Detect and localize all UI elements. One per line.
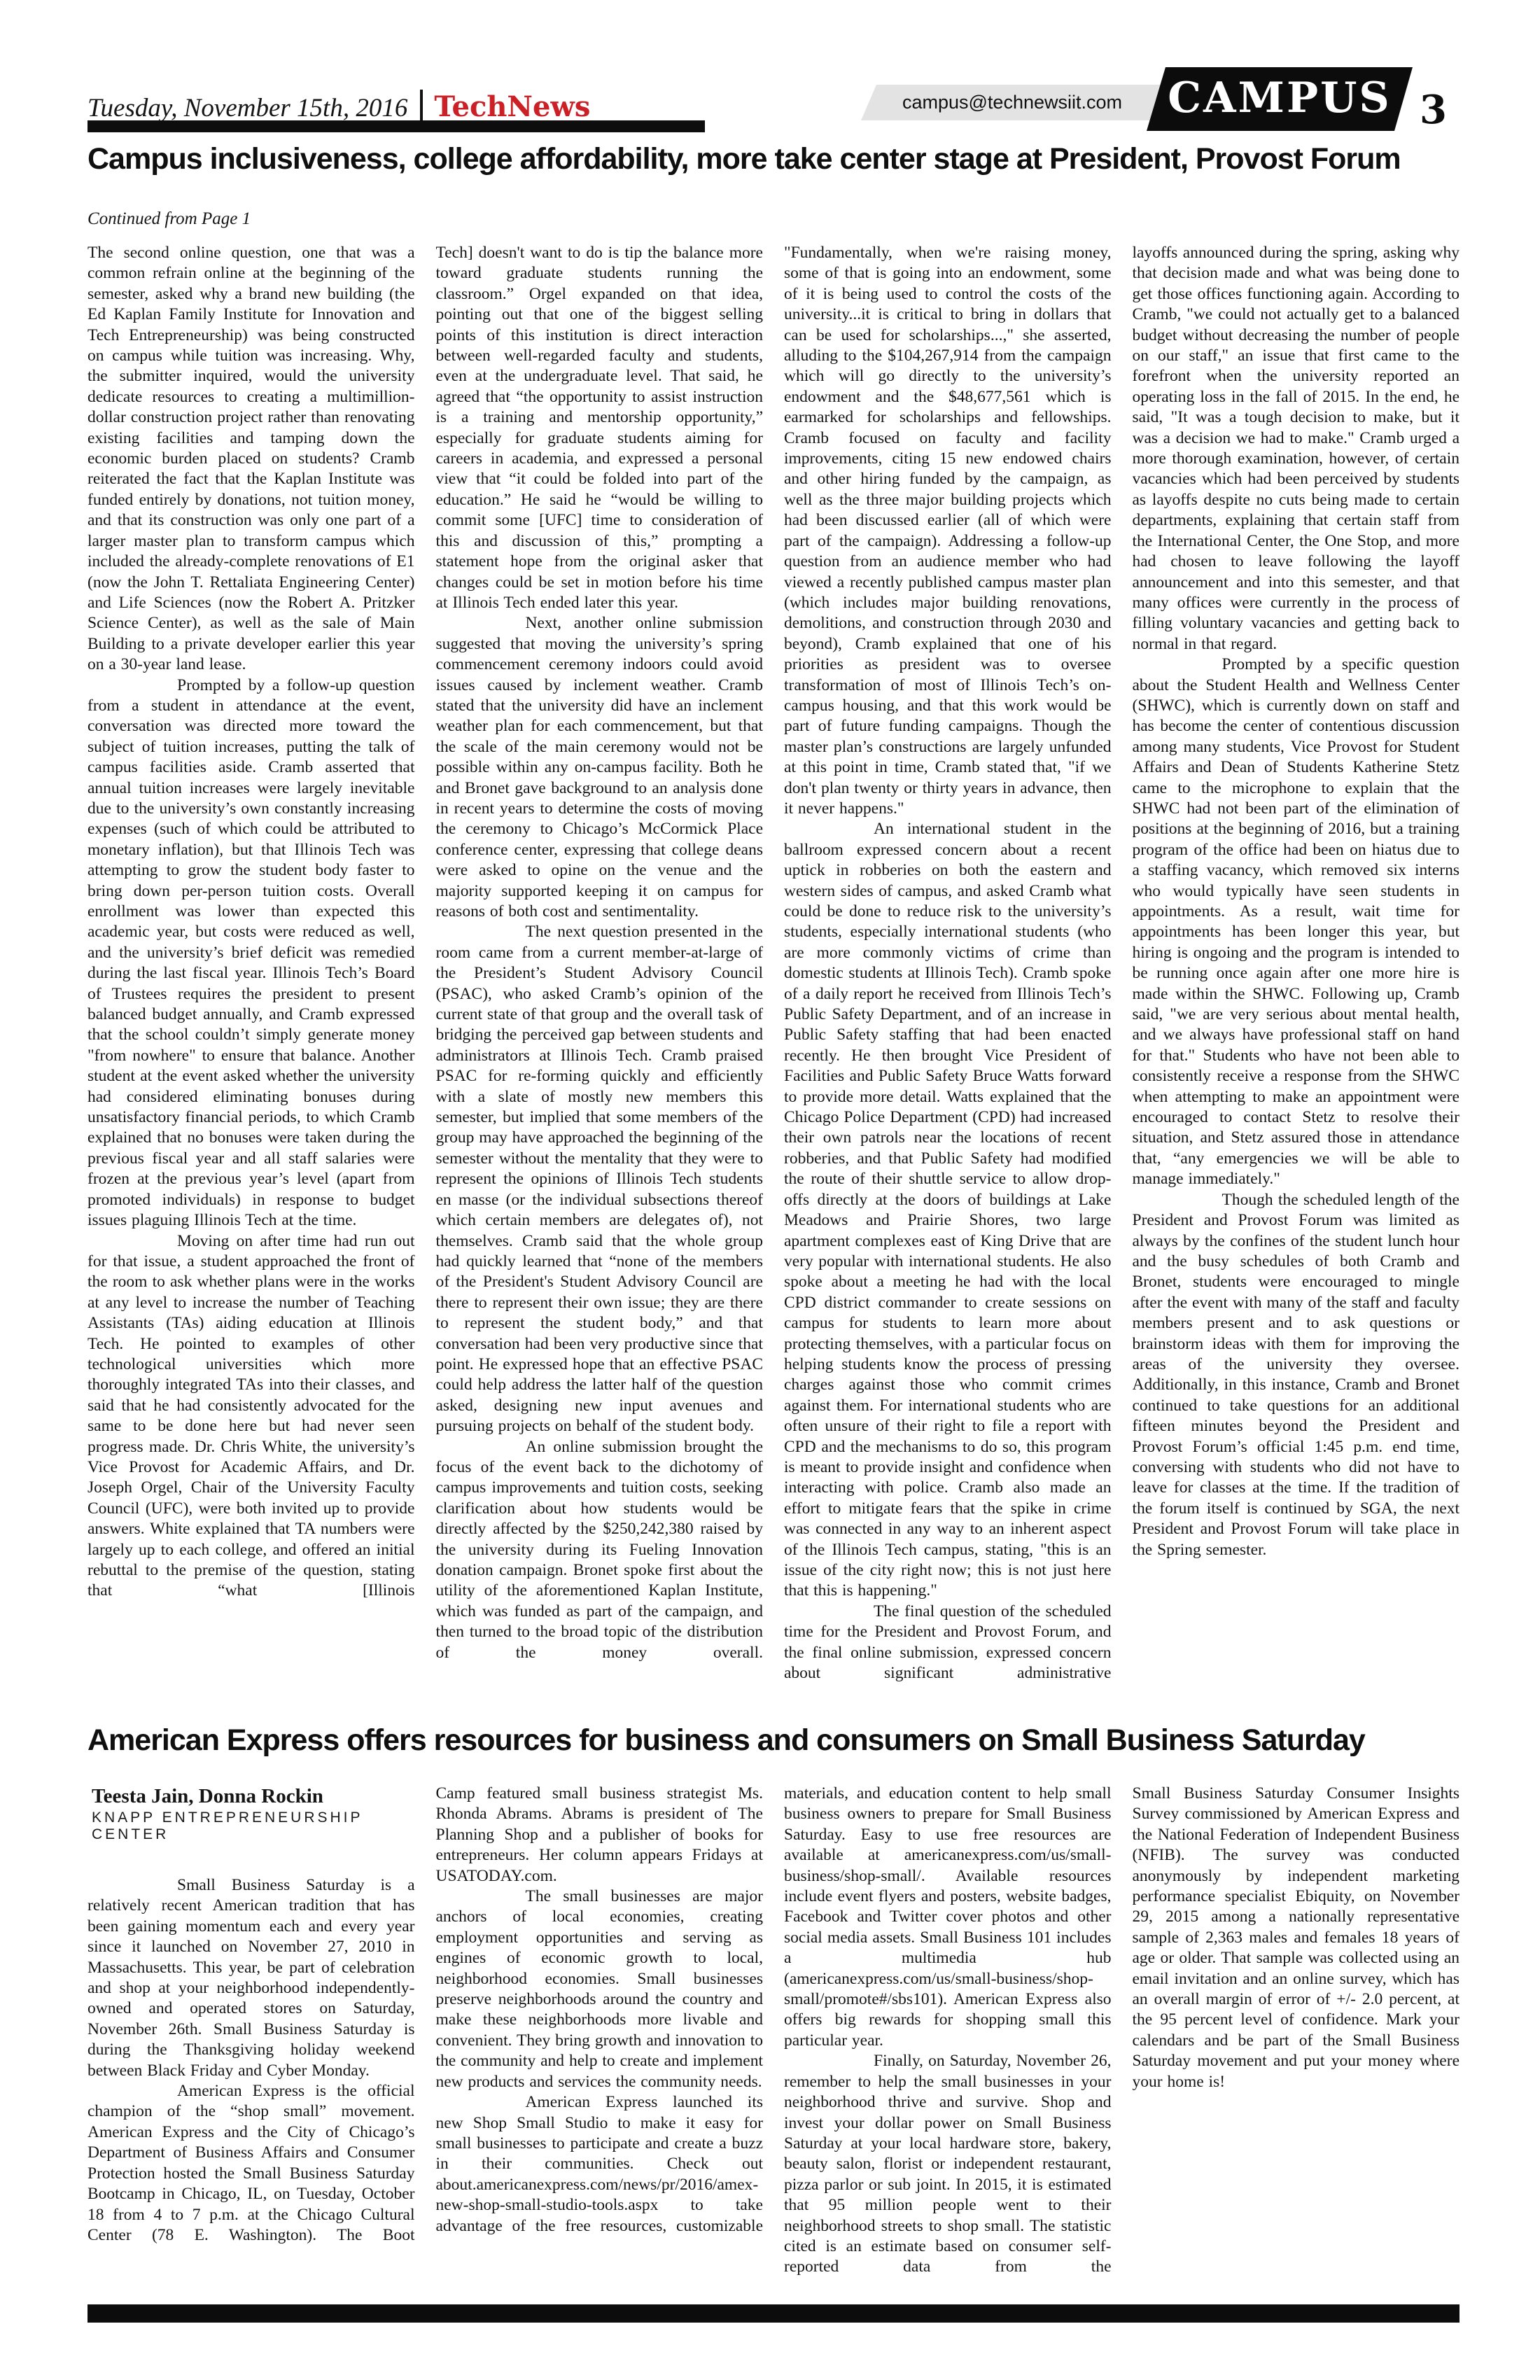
article1-column-2: Tech] doesn't want to do is tip the bala… bbox=[436, 243, 764, 1696]
article2-column-4: Small Business Saturday Consumer Insight… bbox=[1133, 1784, 1460, 2304]
body-paragraph: The small businesses are major anchors o… bbox=[436, 1886, 764, 2092]
article2-body: Teesta Jain, Donna Rockin KNAPP ENTREPRE… bbox=[87, 1784, 1459, 2304]
masthead-date-line: Tuesday, November 15th, 2016TechNews bbox=[87, 84, 590, 123]
article2-column-1-text: Small Business Saturday is a relatively … bbox=[87, 1875, 415, 2246]
article2-headline: American Express offers resources for bu… bbox=[87, 1723, 1480, 1758]
body-paragraph: materials, and education content to help… bbox=[784, 1784, 1112, 2051]
page-number: 3 bbox=[1420, 87, 1447, 133]
article1-column-1: The second online question, one that was… bbox=[87, 243, 415, 1696]
body-paragraph: The next question presented in the room … bbox=[436, 922, 764, 1436]
body-paragraph: Camp featured small business strategist … bbox=[436, 1784, 764, 1886]
article1-column-3: "Fundamentally, when we're raising money… bbox=[784, 243, 1112, 1696]
section-title: CAMPUS bbox=[1168, 73, 1392, 122]
divider-bar bbox=[420, 90, 423, 122]
body-paragraph: The final question of the scheduled time… bbox=[784, 1602, 1112, 1684]
body-paragraph: An online submission brought the focus o… bbox=[436, 1437, 764, 1663]
body-paragraph: Though the scheduled length of the Presi… bbox=[1133, 1190, 1460, 1560]
body-paragraph: The second online question, one that was… bbox=[87, 243, 415, 675]
body-paragraph: Finally, on Saturday, November 26, remem… bbox=[784, 2051, 1112, 2277]
article1-column-4: layoffs announced during the spring, ask… bbox=[1133, 243, 1460, 1696]
body-paragraph: Small Business Saturday is a relatively … bbox=[87, 1875, 415, 2081]
article2-column-2: Camp featured small business strategist … bbox=[436, 1784, 764, 2304]
body-paragraph: An international student in the ballroom… bbox=[784, 819, 1112, 1601]
byline-organization: KNAPP ENTREPRENEURSHIP CENTER bbox=[92, 1809, 415, 1843]
body-paragraph: Next, another online submission suggeste… bbox=[436, 613, 764, 922]
body-paragraph: "Fundamentally, when we're raising money… bbox=[784, 243, 1112, 819]
section-email: campus@technewsiit.com bbox=[902, 92, 1122, 113]
article2-column-1: Teesta Jain, Donna Rockin KNAPP ENTREPRE… bbox=[87, 1784, 415, 2304]
article1-body: The second online question, one that was… bbox=[87, 243, 1459, 1696]
article1-headline: Campus inclusiveness, college affordabil… bbox=[87, 142, 1480, 176]
body-paragraph: Tech] doesn't want to do is tip the bala… bbox=[436, 243, 764, 613]
byline-authors: Teesta Jain, Donna Rockin bbox=[92, 1785, 415, 1808]
article2-column-3: materials, and education content to help… bbox=[784, 1784, 1112, 2304]
newspaper-page: Tuesday, November 15th, 2016TechNews cam… bbox=[0, 0, 1540, 2380]
email-banner: campus@technewsiit.com bbox=[861, 85, 1163, 120]
bottom-rule bbox=[87, 2304, 1459, 2323]
header-rule bbox=[87, 120, 705, 132]
issue-date: Tuesday, November 15th, 2016 bbox=[87, 94, 407, 122]
section-banner: CAMPUS bbox=[1147, 67, 1413, 131]
body-paragraph: Prompted by a specific question about th… bbox=[1133, 654, 1460, 1190]
body-paragraph: Moving on after time had run out for tha… bbox=[87, 1231, 415, 1602]
brand-logo: TechNews bbox=[434, 90, 590, 123]
body-paragraph: American Express launched its new Shop S… bbox=[436, 2092, 764, 2236]
continued-from-note: Continued from Page 1 bbox=[87, 209, 251, 229]
body-paragraph: American Express is the official champio… bbox=[87, 2081, 415, 2246]
body-paragraph: Small Business Saturday Consumer Insight… bbox=[1133, 1784, 1460, 2092]
body-paragraph: Prompted by a follow-up question from a … bbox=[87, 675, 415, 1231]
body-paragraph: layoffs announced during the spring, ask… bbox=[1133, 243, 1460, 654]
